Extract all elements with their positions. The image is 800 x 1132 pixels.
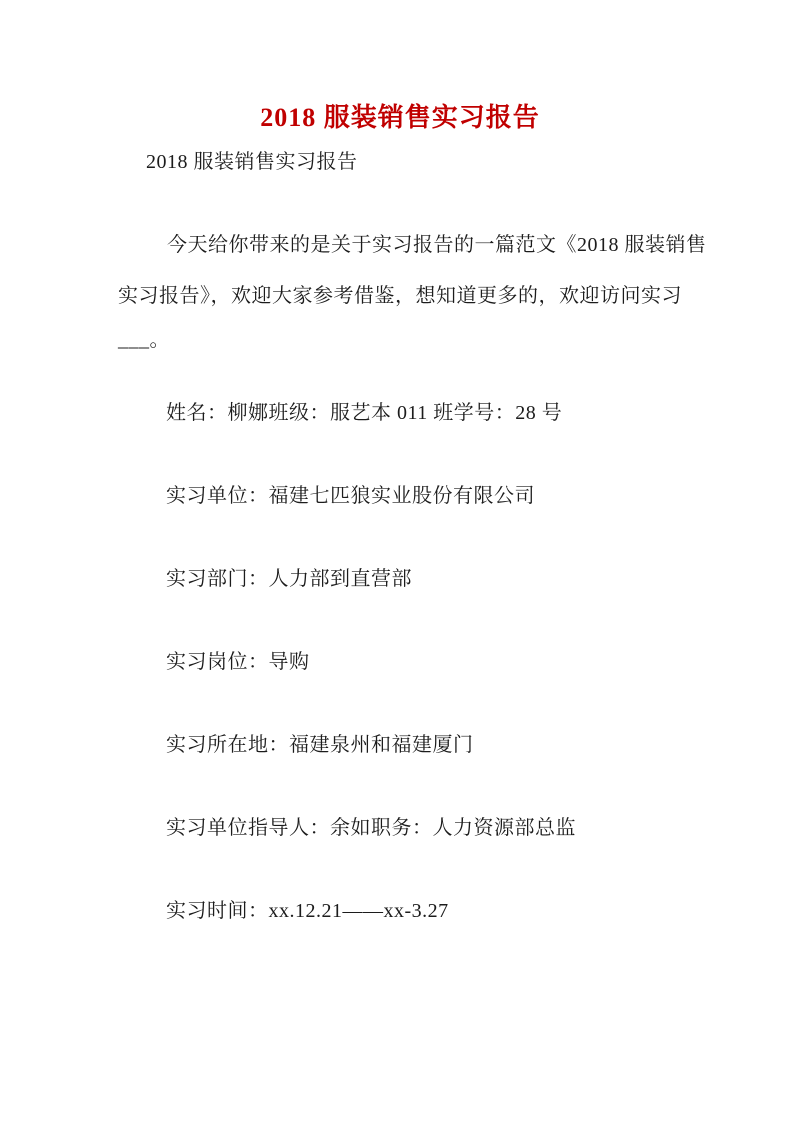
intro-line-1: 今天给你带来的是关于实习报告的一篇范文《2018 服装销售 <box>118 228 707 257</box>
detail-line-position: 实习岗位：导购 <box>166 645 576 675</box>
detail-line-supervisor: 实习单位指导人：余如职务：人力资源部总监 <box>166 811 576 841</box>
document-subtitle: 2018 服装销售实习报告 <box>146 145 358 174</box>
detail-line-name-class: 姓名：柳娜班级：服艺本 011 班学号：28 号 <box>166 396 576 426</box>
intro-line-2: 实习报告》，欢迎大家参考借鉴，想知道更多的，欢迎访问实习 <box>118 279 682 308</box>
detail-line-location: 实习所在地：福建泉州和福建厦门 <box>166 728 576 758</box>
intro-line-blank: ___。 <box>118 323 170 352</box>
detail-list: 姓名：柳娜班级：服艺本 011 班学号：28 号 实习单位：福建七匹狼实业股份有… <box>166 396 576 977</box>
detail-line-company: 实习单位：福建七匹狼实业股份有限公司 <box>166 479 576 509</box>
detail-line-period: 实习时间：xx.12.21——xx-3.27 <box>166 894 576 924</box>
document-title: 2018 服装销售实习报告 <box>0 97 800 134</box>
detail-line-department: 实习部门：人力部到直营部 <box>166 562 576 592</box>
document-page: 2018 服装销售实习报告 2018 服装销售实习报告 今天给你带来的是关于实习… <box>0 0 800 1132</box>
